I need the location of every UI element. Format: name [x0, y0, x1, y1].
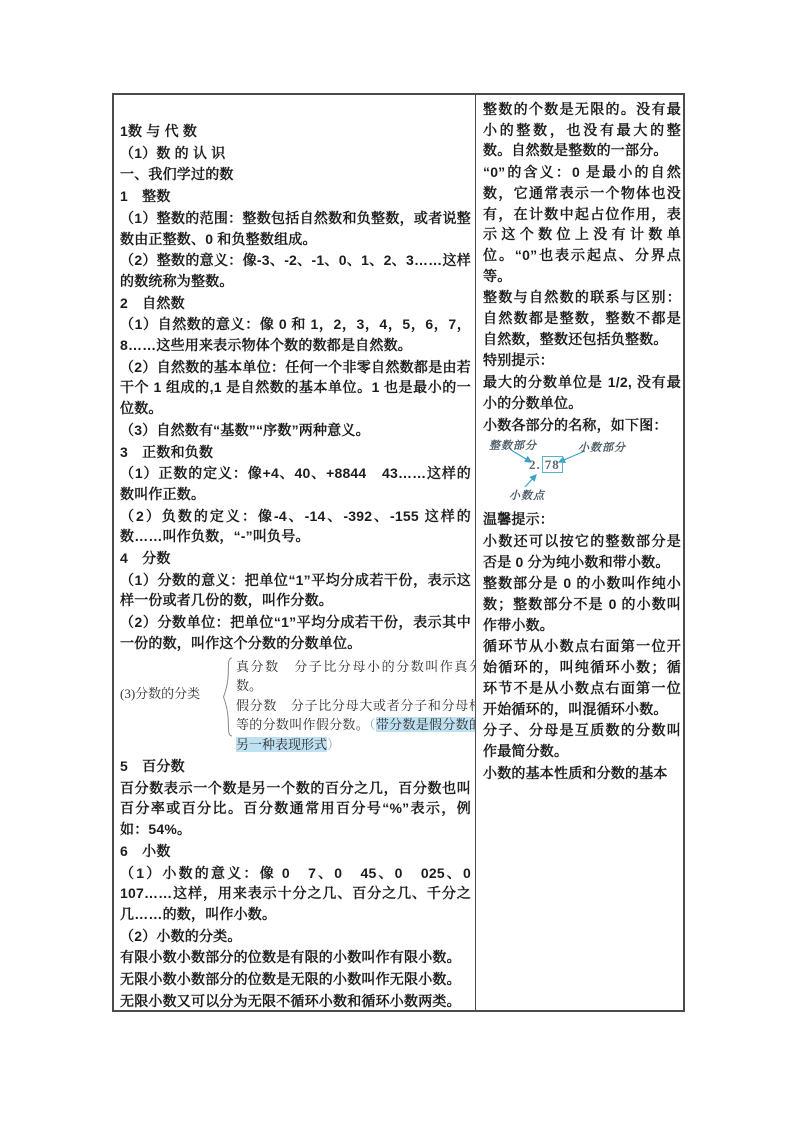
paragraph: （1）自然数的意义：像 0 和 1，2，3，4，5，6，7，8……这些用来表示物…	[120, 314, 471, 355]
paragraph: （2）分数单位：把单位“1”平均分成若干份，表示其中一份的数，叫作这个分数的分数…	[120, 612, 471, 653]
note-close-paren: ）	[327, 737, 340, 752]
paragraph: （3）自然数有“基数”“序数”两种意义。	[120, 420, 471, 441]
heading-natural-numbers: 2 自然数	[120, 293, 471, 314]
paragraph: 无限小数又可以分为无限不循环小数和循环小数两类。	[120, 991, 471, 1010]
paragraph: 小数还可以按它的整数部分是否是 0 分为纯小数和带小数。	[483, 531, 681, 572]
special-tip-heading: 特别提示：	[483, 350, 681, 371]
fraction-classification-block: (3)分数的分类 真分数 分子比分母小的分数叫作真分数。 假分数 分子比分母大或…	[220, 657, 476, 755]
notes-table: 1数 与 代 数 （1）数 的 认 识 一、我们学过的数 1 整数 （1）整数的…	[112, 93, 685, 1012]
warm-tip-heading: 温馨提示：	[483, 509, 681, 530]
subsection-title: （1）数 的 认 识	[120, 143, 471, 164]
paragraph: 整数部分是 0 的小数叫作纯小数；整数部分不是 0 的小数叫作带小数。	[483, 573, 681, 635]
heading-positive-negative: 3 正数和负数	[120, 442, 471, 463]
proper-fraction-line: 真分数 分子比分母小的分数叫作真分数。	[236, 657, 476, 696]
example-number: 2.78	[529, 457, 563, 473]
paragraph: 有限小数小数部分的位数是有限的小数叫作有限小数。	[120, 947, 471, 968]
paragraph: 最大的分数单位是 1/2, 没有最小的分数单位。	[483, 372, 681, 413]
right-column: 整数的个数是无限的。没有最小的整数，也没有最大的整数。自然数是整数的一部分。 “…	[476, 95, 683, 1010]
classification-content: 真分数 分子比分母小的分数叫作真分数。 假分数 分子比分母大或者分子和分母相等的…	[236, 657, 476, 755]
paragraph: 整数的个数是无限的。没有最小的整数，也没有最大的整数。自然数是整数的一部分。	[483, 99, 681, 161]
paragraph: 小数的基本性质和分数的基本	[483, 763, 681, 784]
heading-decimals: 6 小数	[120, 841, 471, 862]
paragraph: 百分数表示一个数是另一个数的百分之几，百分数也叫百分率或百分比。百分数通常用百分…	[120, 778, 471, 840]
heading-learned-numbers: 一、我们学过的数	[120, 164, 471, 185]
paragraph: （2）小数的分类。	[120, 926, 471, 947]
decimal-part-label: 小数部分	[578, 439, 626, 455]
paragraph: 整数与自然数的联系与区别：自然数都是整数，整数不都是自然数，整数还包括负整数。	[483, 287, 681, 349]
paragraph: 分子、分母是互质数的分数叫作最简分数。	[483, 720, 681, 761]
improper-fraction-line: 假分数 分子比分母大或者分子和分母相等的分数叫作假分数。（带分数是假分数的另一种…	[236, 696, 476, 755]
paragraph: （2）自然数的基本单位：任何一个非零自然数都是由若干个 1 组成的,1 是自然数…	[120, 357, 471, 419]
paragraph: （1）正数的定义：像+4、40、+8844 43……这样的数叫作正数。	[120, 463, 471, 504]
decimal-parts-diagram: 整数部分 小数部分 2.78 小数点	[483, 437, 679, 509]
heading-fractions: 4 分数	[120, 548, 471, 569]
integer-part-label: 整数部分	[489, 437, 537, 453]
figure-intro: 小数各部分的名称，如下图：	[483, 415, 681, 436]
paragraph: （1）整数的范围：整数包括自然数和负整数，或者说整数由正整数、0 和负整数组成。	[120, 208, 471, 249]
decimal-point-label: 小数点	[509, 487, 545, 503]
paragraph: （2）整数的意义：像-3、-2、-1、0、1、2、3……这样的数统称为整数。	[120, 250, 471, 291]
left-brace-icon	[222, 657, 233, 742]
paragraph: “0”的含义：0 是最小的自然数，它通常表示一个物体也没有，在计数中起占位作用，…	[483, 162, 681, 286]
note-open-paren: （	[369, 717, 376, 732]
decimal-digits-box: 78	[542, 456, 563, 473]
section-title: 1数 与 代 数	[120, 121, 471, 142]
paragraph: 循环节从小数点右面第一位开始循环的，叫纯循环小数；循环节不是从小数点右面第一位开…	[483, 636, 681, 719]
paragraph: （1）小数的意义：像 0 7、0 45、0 025、0 107……这样，用来表示…	[120, 863, 471, 925]
left-column: 1数 与 代 数 （1）数 的 认 识 一、我们学过的数 1 整数 （1）整数的…	[114, 95, 476, 1010]
paragraph: （2）负数的定义：像-4、-14、-392、-155 这样的数……叫作负数，“-…	[120, 506, 471, 547]
paragraph: 无限小数小数部分的位数是无限的小数叫作无限小数。	[120, 969, 471, 990]
heading-percentages: 5 百分数	[120, 756, 471, 777]
heading-integers: 1 整数	[120, 186, 471, 207]
classification-label: (3)分数的分类	[120, 683, 218, 702]
paragraph: （1）分数的意义：把单位“1”平均分成若干份，表示这样一份或者几份的数，叫作分数…	[120, 570, 471, 611]
